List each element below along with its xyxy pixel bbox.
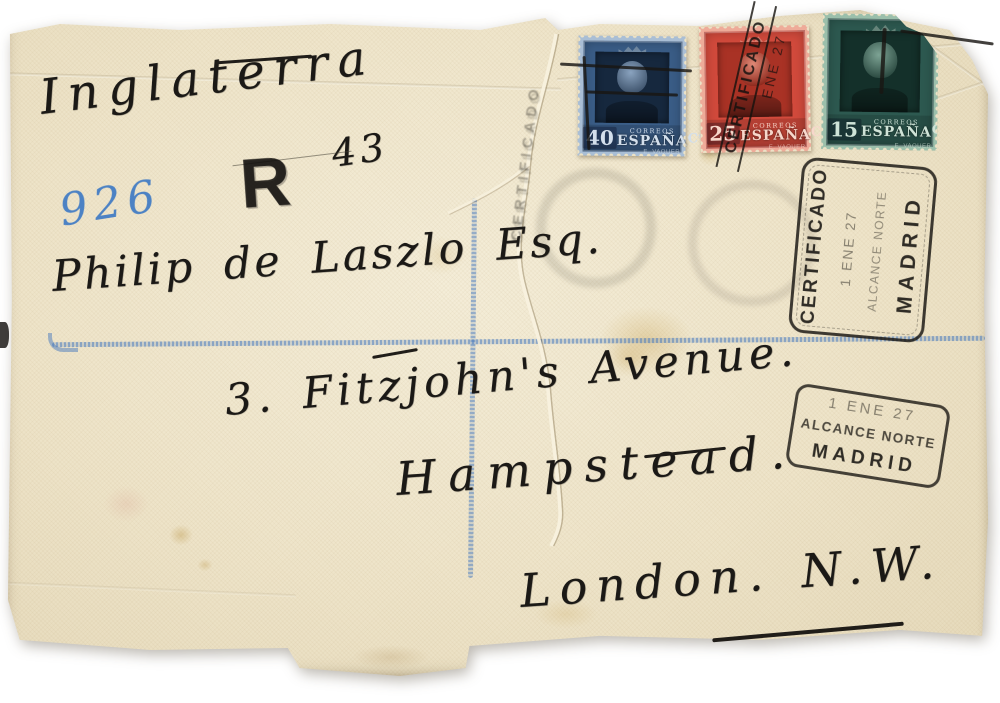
ink-edge-mark (0, 322, 9, 348)
king-portrait (595, 51, 669, 123)
postmark-date: 1 ENE 27 (837, 210, 860, 287)
stamp-caption: 40 CORREOSESPAÑA Cˢ (583, 124, 680, 151)
engraver-name: E. VAQUER (769, 145, 806, 152)
handwritten-registration-number: 43 (329, 124, 391, 175)
postmark-line: CERTIFICADO (797, 167, 833, 326)
certificado-madrid-postmark: CERTIFICADO 1 ENE 27 ALCANCE NORTE MADRI… (788, 156, 939, 343)
stamp-caption: 15 CORREOSESPAÑA Cˢ (827, 114, 932, 145)
postmark-city: MADRID (893, 193, 927, 315)
faint-circular-postmark (536, 168, 656, 288)
postmark-line: ALCANCE NORTE (865, 190, 890, 312)
stamp-value: 15 (827, 118, 861, 140)
envelope-photo: 926 Inglaterra 43 Philip de Laszlo Esq. … (0, 0, 1000, 703)
engraver-name: E. VAQUER (643, 150, 680, 156)
stamp-service: CORREOS (861, 120, 932, 127)
engraver-name: E. VAQUER (895, 144, 932, 151)
postmark-date: 1 ENE 27 (827, 395, 917, 426)
stamp-service: CORREOS (617, 129, 688, 135)
stamp-country: ESPAÑA (861, 126, 932, 140)
registration-r-handstamp: R (237, 140, 293, 223)
stamp-country: ESPAÑA (617, 134, 688, 147)
